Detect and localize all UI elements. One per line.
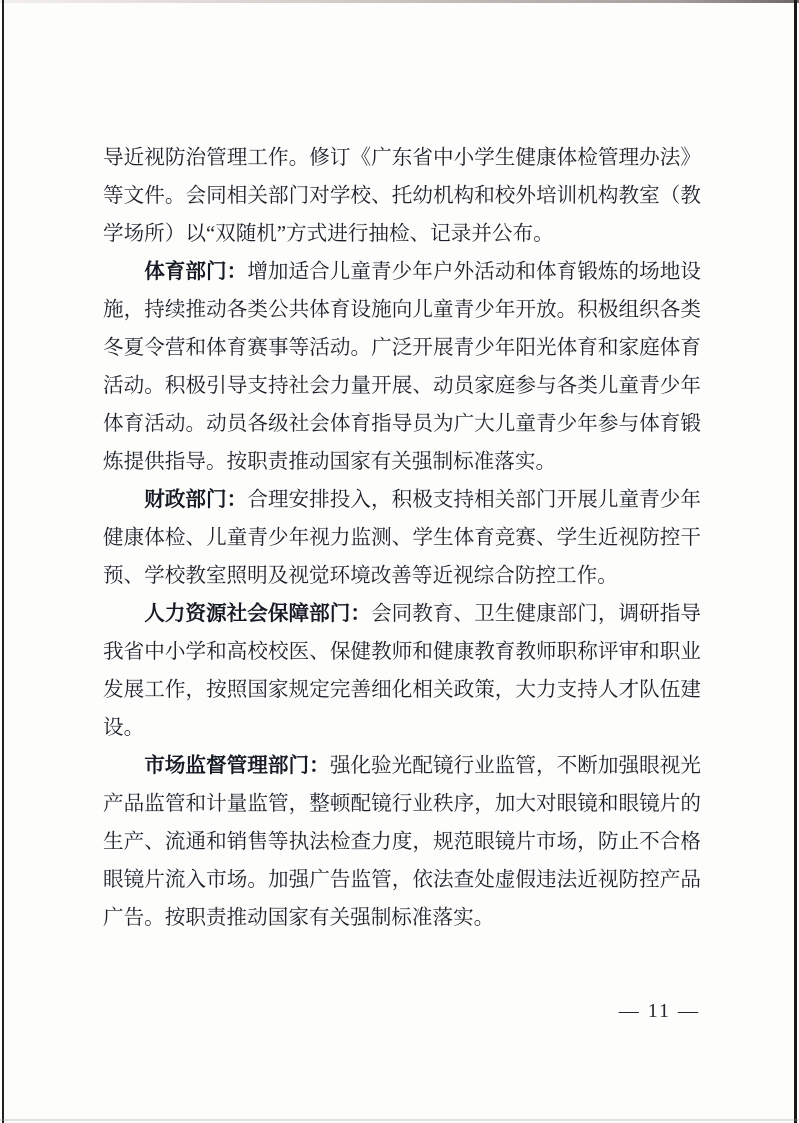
paragraph-continuation: 导近视防治管理工作。修订《广东省中小学生健康体检管理办法》等文件。会同相关部门对… [103,139,701,253]
document-page: 导近视防治管理工作。修订《广东省中小学生健康体检管理办法》等文件。会同相关部门对… [0,0,799,1123]
paragraph-finance-department: 财政部门：合理安排投入，积极支持相关部门开展儿童青少年健康体检、儿童青少年视力监… [103,481,701,595]
scan-edge-left [2,0,4,1123]
scan-edge-right [794,0,797,1123]
scan-edge-top [0,0,799,3]
paragraph-market-regulation-department: 市场监督管理部门：强化验光配镜行业监管，不断加强眼视光产品监管和计量监管，整顿配… [103,747,701,937]
paragraph-hr-social-security-department: 人力资源社会保障部门：会同教育、卫生健康部门，调研指导我省中小学和高校校医、保健… [103,595,701,747]
page-number: — 11 — [619,1000,700,1023]
paragraph-label: 体育部门： [144,261,247,283]
scan-edge-bottom [0,1119,799,1121]
paragraph-text: 强化验光配镜行业监管，不断加强眼视光产品监管和计量监管，整顿配镜行业秩序，加大对… [103,755,701,929]
paragraph-label: 财政部门： [144,489,247,511]
paragraph-label: 市场监督管理部门： [144,755,330,777]
paragraph-sports-department: 体育部门：增加适合儿童青少年户外活动和体育锻炼的场地设施，持续推动各类公共体育设… [103,253,701,481]
paragraph-text: 增加适合儿童青少年户外活动和体育锻炼的场地设施，持续推动各类公共体育设施向儿童青… [103,261,701,473]
paragraph-label: 人力资源社会保障部门： [144,603,371,625]
document-body: 导近视防治管理工作。修订《广东省中小学生健康体检管理办法》等文件。会同相关部门对… [103,139,701,937]
paragraph-text: 导近视防治管理工作。修订《广东省中小学生健康体检管理办法》等文件。会同相关部门对… [103,147,701,245]
